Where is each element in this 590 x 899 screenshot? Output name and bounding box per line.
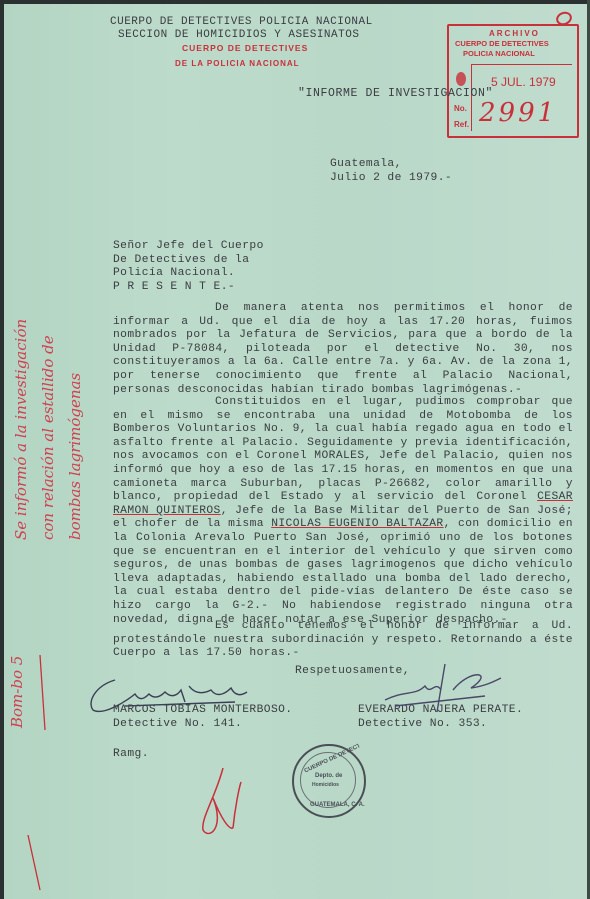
seal-center-1: Depto. de	[315, 773, 342, 779]
place-date: Guatemala, Julio 2 de 1979.-	[330, 158, 452, 185]
addressee-line: P R E S E N T E.-	[113, 281, 235, 293]
margin-note-line: Se informó a la investigación	[12, 319, 30, 540]
signature-2-icon	[375, 660, 505, 720]
archive-stamp-date: 5 JUL. 1979	[491, 75, 556, 89]
margin-note-line: con relación al estallido de	[39, 335, 57, 540]
typist-initials: Ramg.	[113, 748, 149, 762]
addressee-line: Señor Jefe del Cuerpo	[113, 240, 264, 252]
archive-stamp-title: ARCHIVO	[489, 29, 540, 38]
margin-handwritten-note: Se informó a la investigación con relaci…	[8, 220, 88, 540]
letterhead-stamp-line-2: DE LA POLICIA NACIONAL	[175, 57, 300, 71]
paragraph-text: Constituidos en el lugar, pudimos compro…	[113, 396, 573, 626]
archive-stamp: ARCHIVO CUERPO DE DETECTIVES POLICIA NAC…	[447, 24, 579, 138]
paragraph-text: Es cuanto tenemos el honor de informar a…	[113, 620, 573, 659]
margin-reference: Bom-bo 5	[8, 656, 26, 728]
archive-stamp-number: 2991	[479, 98, 557, 128]
paragraph-text: De manera atenta nos permitimos el honor…	[113, 302, 573, 396]
seal-center-2: Homicidios	[312, 782, 339, 788]
official-seal: CUERPO DE DETECTIVES POLICIA NACIONAL De…	[292, 744, 366, 818]
margin-note-line: bombas lagrimógenas	[66, 373, 84, 540]
red-initials-icon	[195, 768, 255, 838]
letterhead-line-2: SECCION DE HOMICIDIOS Y ASESINATOS	[118, 29, 359, 43]
archive-stamp-no-label: No.	[454, 104, 467, 113]
addressee-line: Policía Nacional.	[113, 267, 235, 279]
underlined-name: NICOLAS EUGENIO BALTAZAR	[271, 518, 443, 530]
bottom-margin-stroke-icon	[25, 835, 45, 895]
document-title: "INFORME DE INVESTIGACION"	[298, 87, 493, 101]
paragraph-2: Constituidos en el lugar, pudimos compro…	[113, 396, 573, 627]
addressee-line: De Detectives de la	[113, 254, 249, 266]
addressee-block: Señor Jefe del Cuerpo De Detectives de l…	[113, 240, 264, 294]
paragraph-3: Es cuanto tenemos el honor de informar a…	[113, 620, 573, 661]
letterhead-stamp-line-1: CUERPO DE DETECTIVES	[182, 42, 308, 56]
signature-1-icon	[85, 672, 275, 722]
seal-bottom-text: GUATEMALA, C. A.	[310, 802, 365, 808]
underlined-name: CESAR RAMON QUINTEROS	[113, 491, 573, 517]
emblem-icon	[456, 72, 466, 86]
paragraph-1: De manera atenta nos permitimos el honor…	[113, 302, 573, 397]
place: Guatemala,	[330, 158, 402, 170]
archive-stamp-org-1: CUERPO DE DETECTIVES	[455, 39, 549, 48]
date: Julio 2 de 1979.-	[330, 172, 452, 184]
archive-stamp-org-2: POLICIA NACIONAL	[463, 49, 535, 58]
margin-line-icon	[38, 655, 48, 735]
archive-stamp-ref-label: Ref.	[454, 120, 469, 129]
letterhead-line-1: CUERPO DE DETECTIVES POLICIA NACIONAL	[110, 16, 373, 30]
